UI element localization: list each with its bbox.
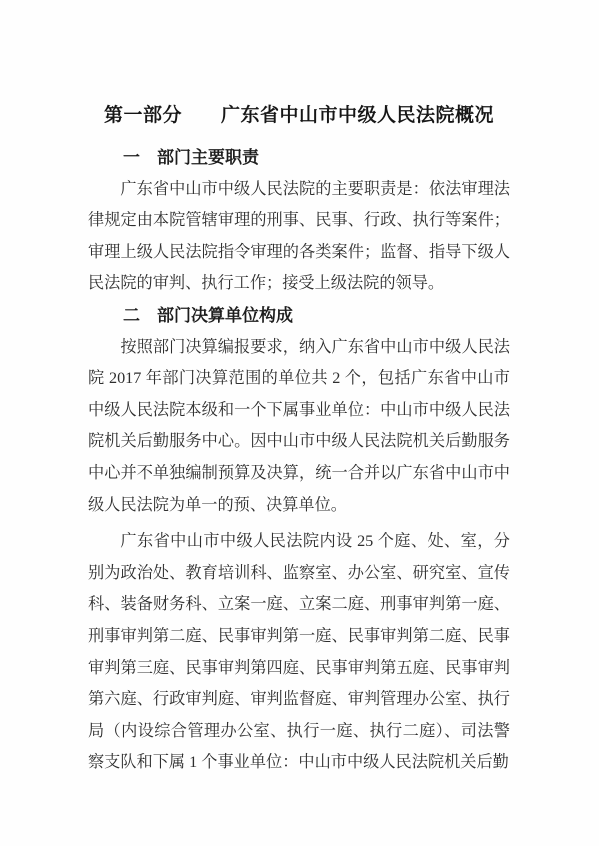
- document-title: 第一部分 广东省中山市中级人民法院概况: [88, 103, 510, 129]
- section-heading-2: 二 部门决算单位构成: [88, 300, 510, 332]
- paragraph: 广东省中山市中级人民法院的主要职责是：依法审理法律规定由本院管辖审理的刑事、民事…: [88, 174, 510, 300]
- paragraph: 广东省中山市中级人民法院内设 25 个庭、处、室，分别为政治处、教育培训科、监察…: [88, 526, 510, 779]
- section-heading-1: 一 部门主要职责: [88, 142, 510, 174]
- paragraph: 按照部门决算编报要求，纳入广东省中山市中级人民法院 2017 年部门决算范围的单…: [88, 332, 510, 522]
- document-page: 第一部分 广东省中山市中级人民法院概况 一 部门主要职责 广东省中山市中级人民法…: [0, 0, 599, 846]
